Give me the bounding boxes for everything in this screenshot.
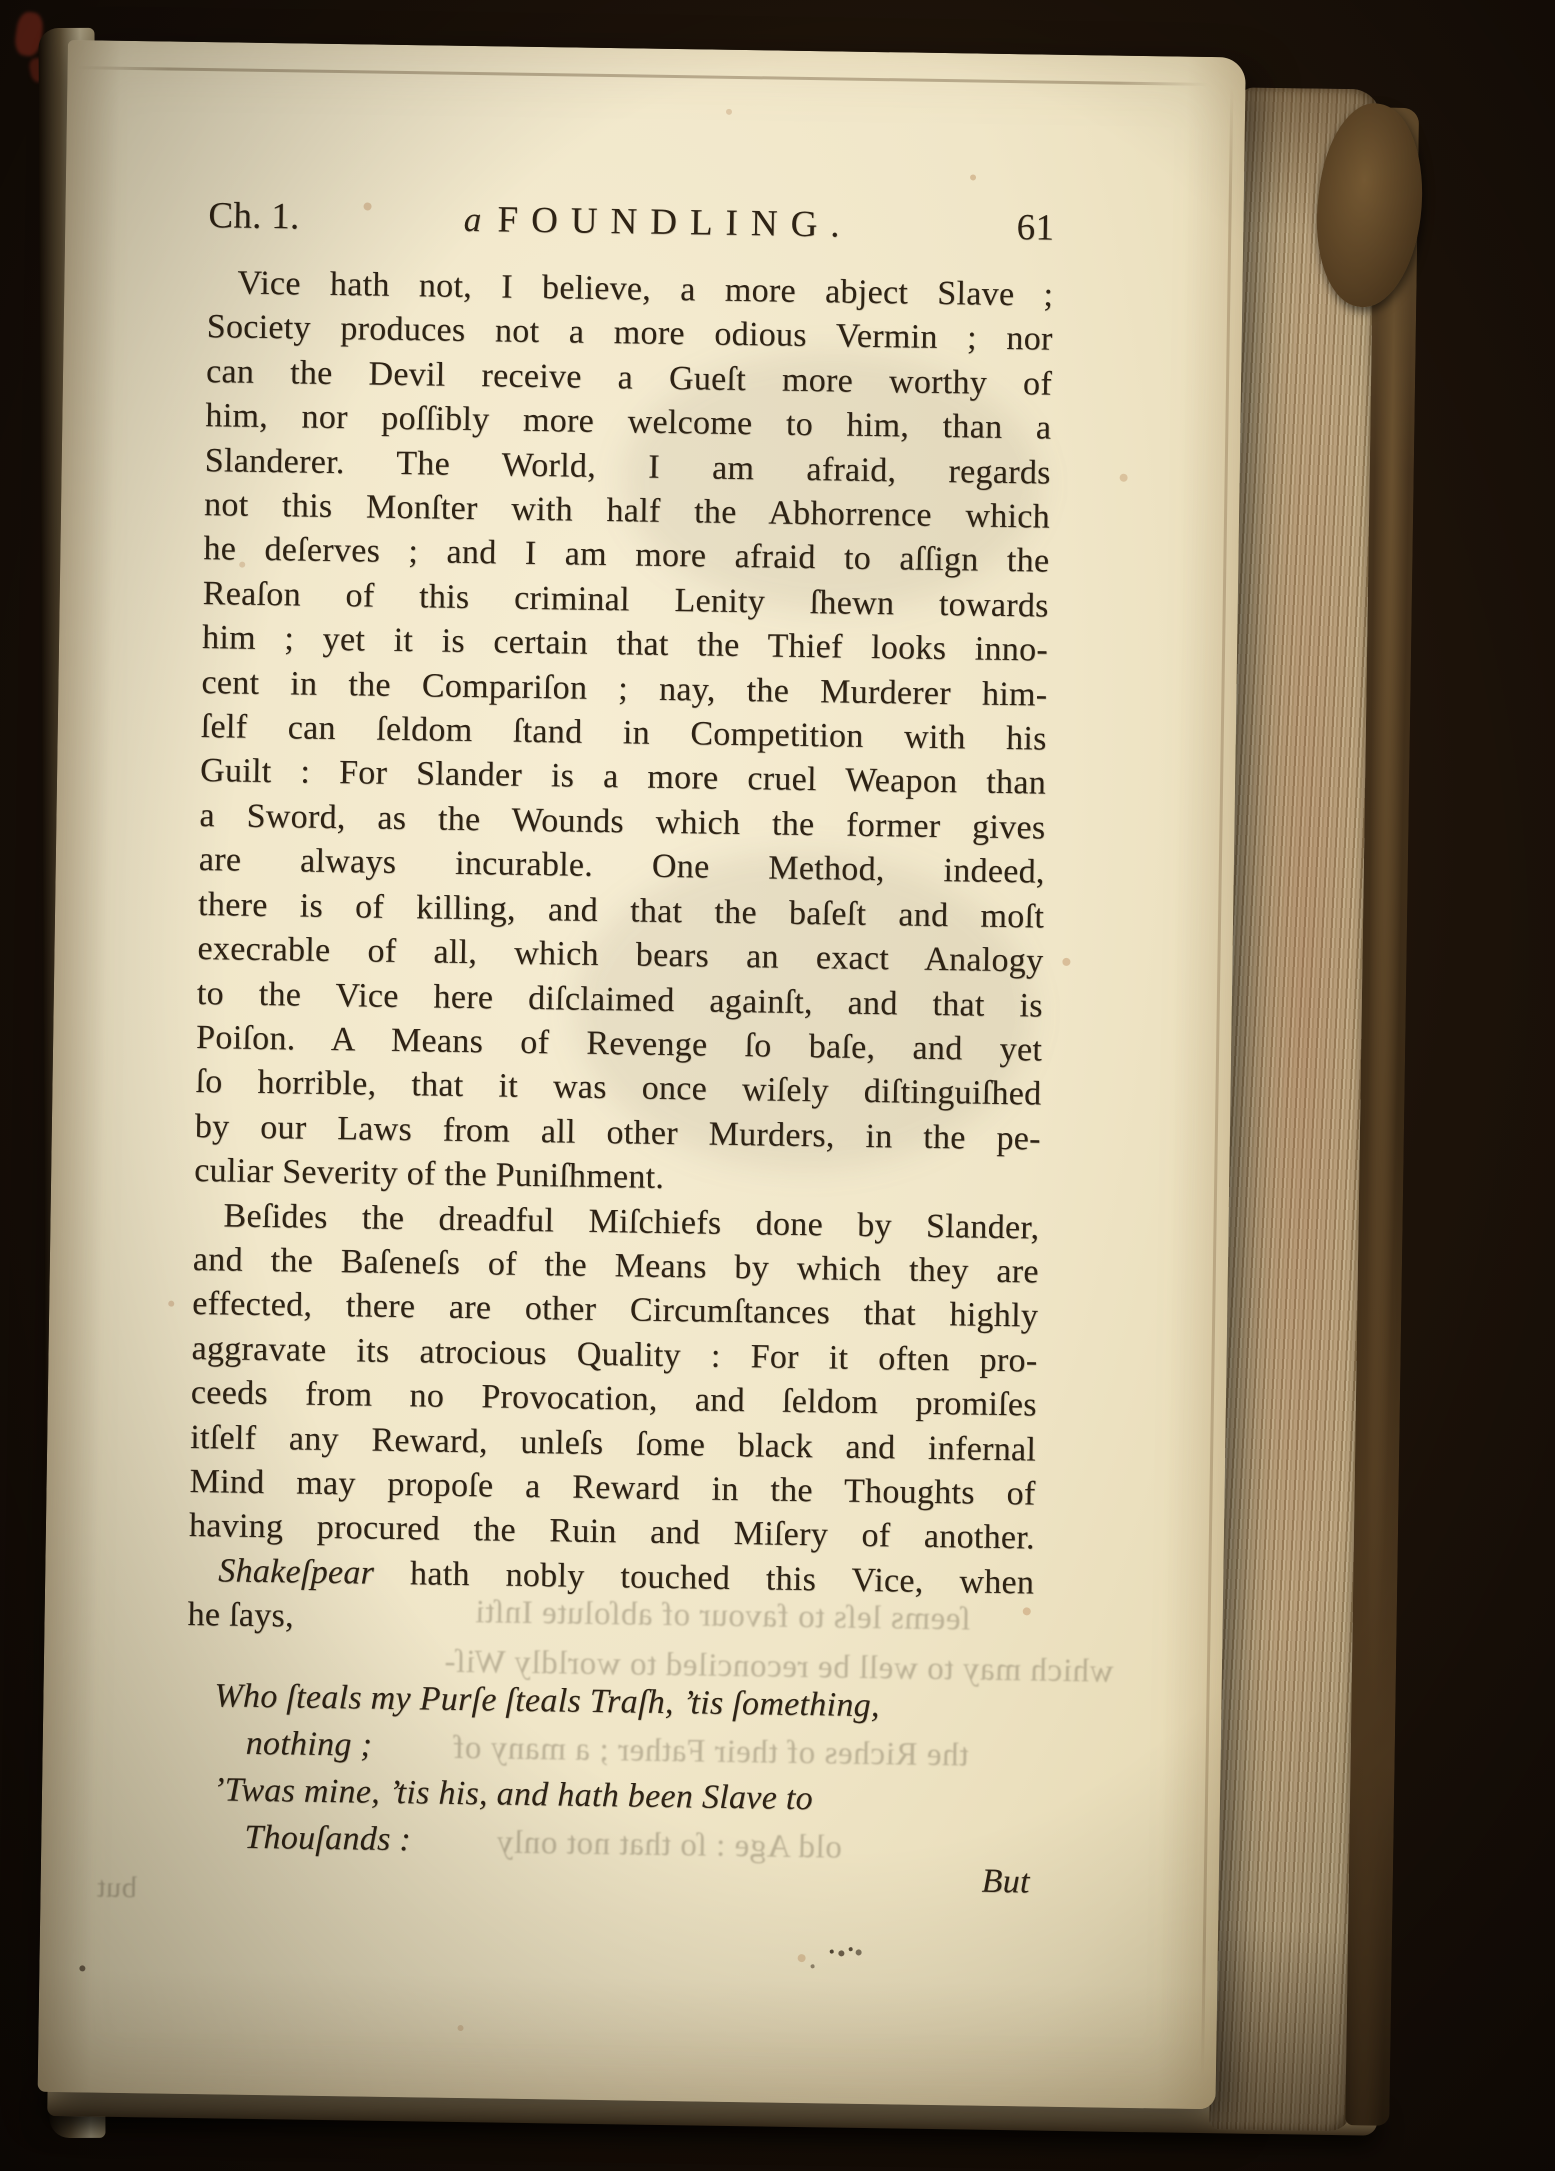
page-header: Ch. 1. aFOUNDLING. 61: [208, 194, 1055, 250]
running-title-article: a: [463, 200, 481, 239]
book-photo: { "colors":{"page":"#f0e6c8","ink":"#2e2…: [0, 0, 1555, 2171]
ink-dot: [79, 1965, 85, 1971]
attribution-rest: hath nobly touched this Vice, when: [374, 1554, 1035, 1601]
page-content: Ch. 1. aFOUNDLING. 61 Vice hath not, I b…: [184, 194, 1055, 1905]
paragraph-1: Vice hath not, I believe, a more abject …: [194, 261, 1054, 1206]
book-page: ſeems leſs to favour of abſolute Inſti w…: [38, 40, 1246, 2109]
underpage-top-edge: [78, 66, 1208, 86]
bleedthrough-text: but: [96, 1871, 137, 1906]
paragraph-2: Beſides the dreadful Miſchiefs done by S…: [189, 1194, 1040, 1562]
body-text: Vice hath not, I believe, a more abject …: [184, 261, 1054, 1905]
chapter-label: Ch. 1.: [208, 194, 300, 238]
running-title-caps: FOUNDLING.: [497, 199, 853, 245]
ink-smudge: [829, 1949, 834, 1954]
foxing-specks: [68, 40, 72, 44]
page-number: 61: [1016, 206, 1054, 250]
author-name-italic: Shakeſpear: [218, 1552, 374, 1591]
running-title: aFOUNDLING.: [299, 195, 1017, 249]
shakespeare-quote-block: Who ſteals my Purſe ſteals Traſh, ’tis ſ…: [184, 1672, 1033, 1873]
